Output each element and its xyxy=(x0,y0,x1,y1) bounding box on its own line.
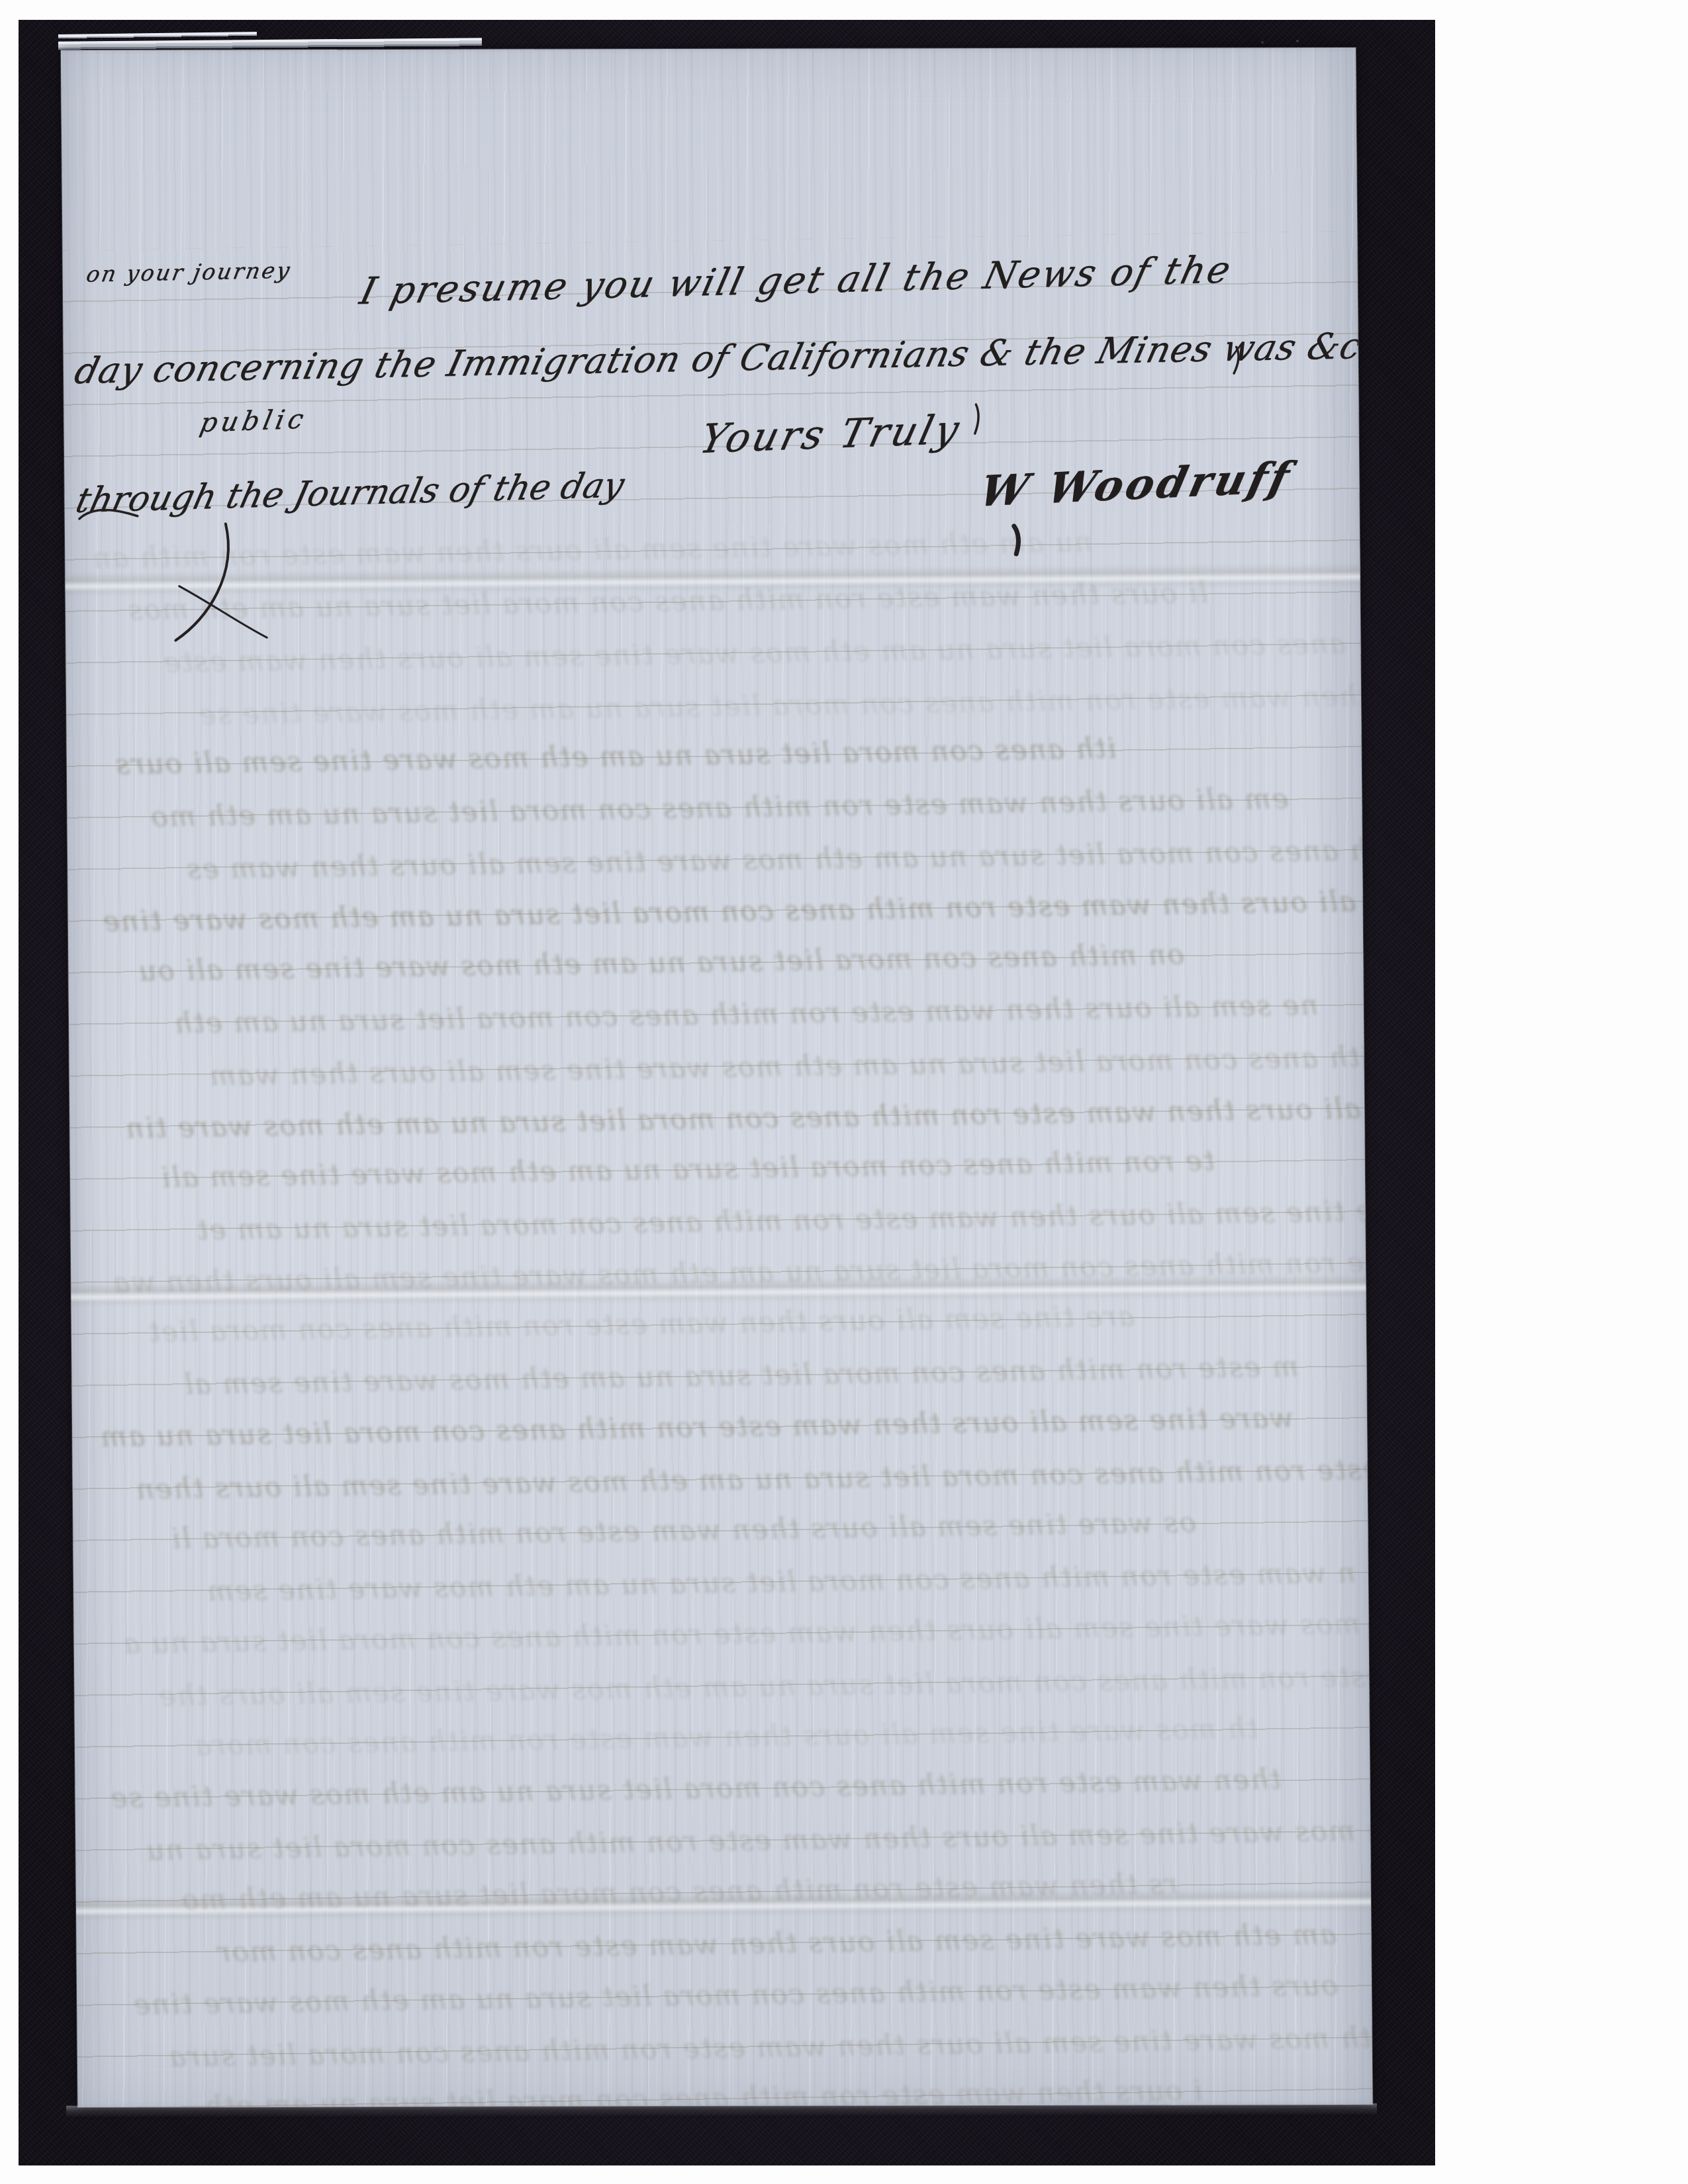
paper-fleck xyxy=(1261,41,1264,44)
scanned-letter-canvas: nu am eth mos ware tine sem ali ours the… xyxy=(0,0,1688,2184)
ink-note-on-your-journey: on your journey xyxy=(84,257,293,287)
paper-fleck xyxy=(1296,40,1299,42)
ink-inserted-word-public: public xyxy=(197,404,310,438)
letter-page: nu am eth mos ware tine sem ali ours the… xyxy=(61,48,1372,2107)
